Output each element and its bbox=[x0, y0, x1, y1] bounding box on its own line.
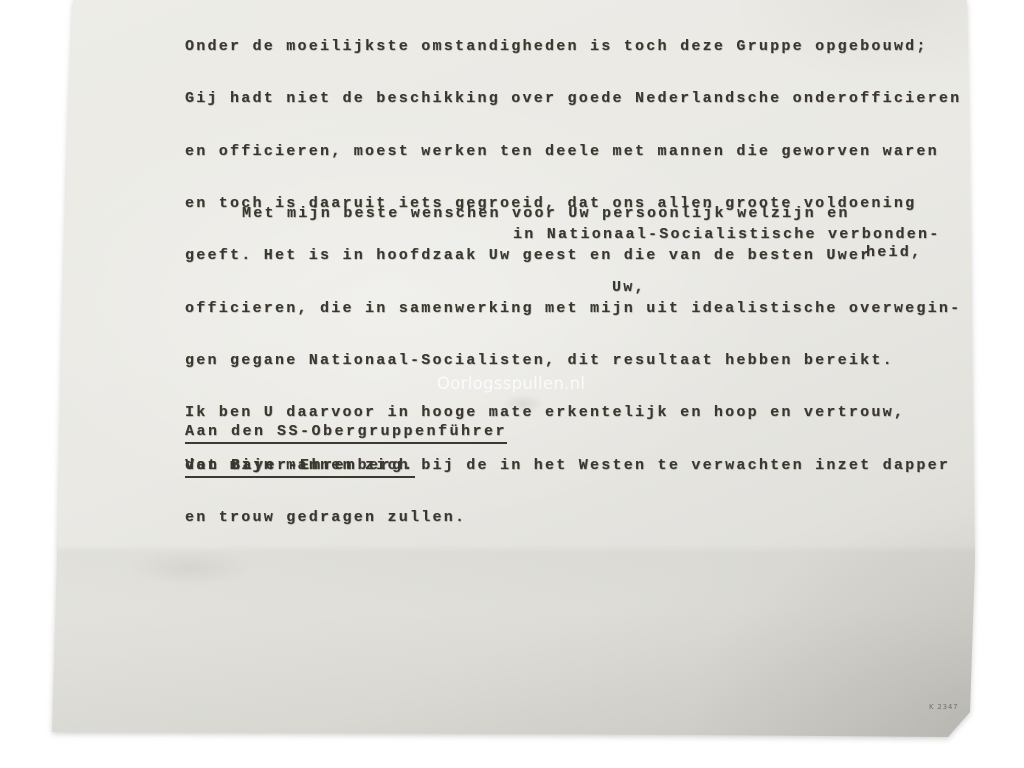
closing-line-1: Met mijn beste wenschen voor Uw persoonl… bbox=[242, 205, 850, 222]
document-photo: Onder de moeilijkste omstandigheden is t… bbox=[0, 0, 1024, 768]
body-line: geeft. Het is in hoofdzaak Uw geest en d… bbox=[185, 247, 985, 264]
closing-line-3: heid, bbox=[866, 244, 922, 261]
body-line: gen gegane Nationaal-Socialisten, dit re… bbox=[185, 352, 985, 369]
signoff-line: Uw, bbox=[612, 279, 646, 296]
body-line: en officieren, moest werken ten deele me… bbox=[185, 143, 985, 160]
letter-paper: Onder de moeilijkste omstandigheden is t… bbox=[0, 0, 1024, 768]
body-line: Ik ben U daarvoor in hooge mate erkentel… bbox=[185, 404, 985, 421]
recipient-line-2: Von Bayer-Ehrenberg. bbox=[185, 457, 415, 478]
closing-line-2: in Nationaal-Socialistische verbonden- bbox=[513, 226, 941, 243]
recipient-line-1: Aan den SS-Obergruppenführer bbox=[185, 423, 507, 444]
paper-shadow: Onder de moeilijkste omstandigheden is t… bbox=[0, 0, 1024, 768]
body-line: Gij hadt niet de beschikking over goede … bbox=[185, 90, 985, 107]
catalog-stamp: K 2347 bbox=[929, 703, 958, 711]
website-watermark: Oorlogsspullen.nl bbox=[437, 374, 585, 393]
body-line: Onder de moeilijkste omstandigheden is t… bbox=[185, 38, 985, 55]
body-line: en trouw gedragen zullen. bbox=[185, 509, 985, 526]
body-line: officieren, die in samenwerking met mijn… bbox=[185, 300, 985, 317]
